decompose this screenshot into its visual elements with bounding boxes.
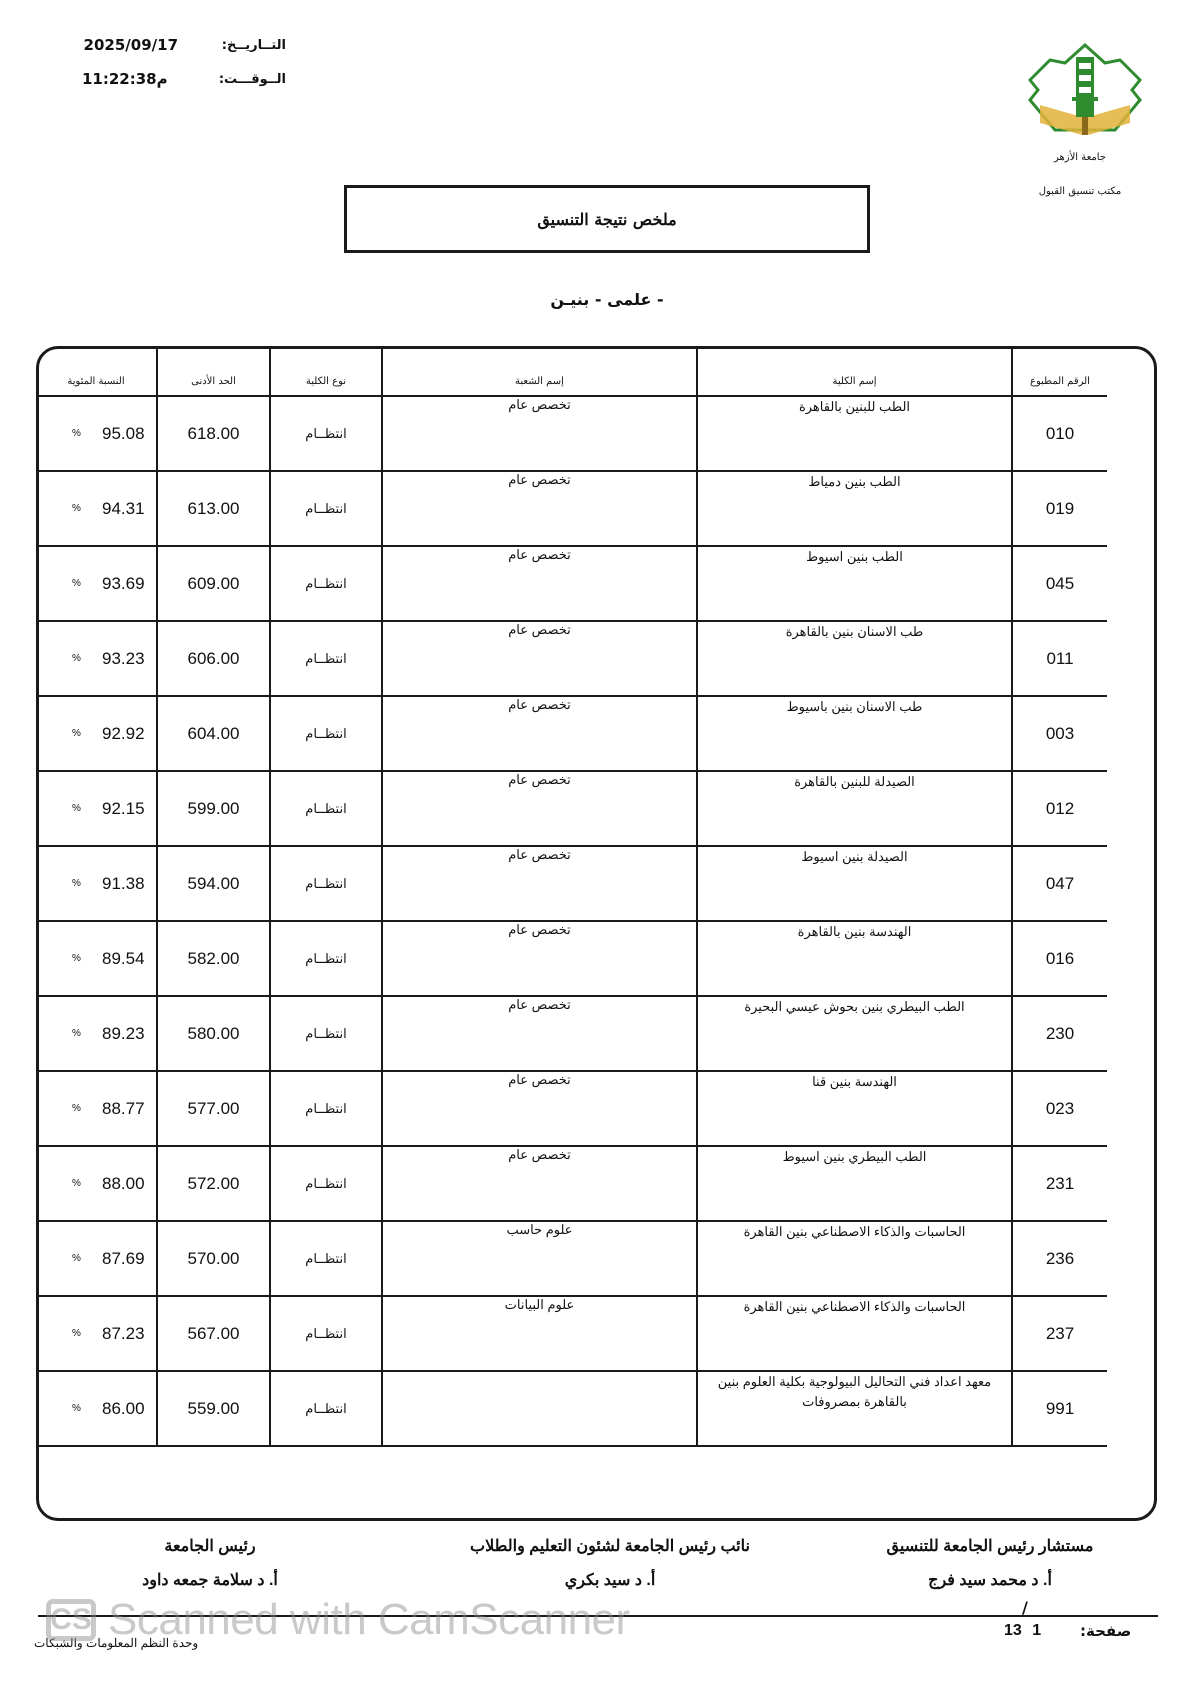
cell-branch: تخصص عام: [382, 846, 697, 921]
cell-type: انتظــام: [270, 1371, 382, 1446]
cell-min-score: 618.00: [157, 396, 270, 471]
percent-sign: %: [72, 953, 102, 964]
cell-branch: علوم حاسب: [382, 1221, 697, 1296]
time-value: م11:22:38: [68, 70, 178, 88]
cell-college: معهد اعداد فني التحاليل البيولوجية بكلية…: [697, 1371, 1012, 1446]
percent-value: 95.08: [102, 424, 145, 444]
cell-percent: %89.23: [36, 996, 157, 1071]
cell-type: انتظــام: [270, 696, 382, 771]
cell-branch: تخصص عام: [382, 546, 697, 621]
table-row: 011طب الاسنان بنين بالقاهرةتخصص عامانتظـ…: [36, 621, 1107, 696]
cell-type: انتظــام: [270, 1221, 382, 1296]
cell-min-score: 580.00: [157, 996, 270, 1071]
percent-sign: %: [72, 653, 102, 664]
cell-code: 003: [1012, 696, 1107, 771]
cell-percent: %87.69: [36, 1221, 157, 1296]
percent-value: 89.54: [102, 949, 145, 969]
cell-code: 231: [1012, 1146, 1107, 1221]
cell-code: 230: [1012, 996, 1107, 1071]
percent-sign: %: [72, 578, 102, 589]
cell-min-score: 609.00: [157, 546, 270, 621]
table-header-row: الرقم المطبوع إسم الكلية إسم الشعبة نوع …: [36, 346, 1107, 396]
cell-code: 012: [1012, 771, 1107, 846]
cell-college: الحاسبات والذكاء الاصطناعي بنين القاهرة: [697, 1296, 1012, 1371]
signature-president: رئيس الجامعة أ. د سلامة جمعه داود: [90, 1536, 330, 1590]
cell-type: انتظــام: [270, 1071, 382, 1146]
camscanner-watermark: CS Scanned with CamScanner: [46, 1595, 630, 1645]
percent-sign: %: [72, 1253, 102, 1264]
cell-percent: %89.54: [36, 921, 157, 996]
cell-percent: %87.23: [36, 1296, 157, 1371]
percent-value: 94.31: [102, 499, 145, 519]
cell-branch: تخصص عام: [382, 471, 697, 546]
cell-percent: %86.00: [36, 1371, 157, 1446]
col-header-branch: إسم الشعبة: [382, 346, 697, 396]
cell-percent: %88.00: [36, 1146, 157, 1221]
report-title: ملخص نتيجة التنسيق: [537, 210, 676, 229]
signature-title: رئيس الجامعة: [90, 1536, 330, 1556]
percent-sign: %: [72, 1178, 102, 1189]
cell-min-score: 604.00: [157, 696, 270, 771]
cell-branch: علوم البيانات: [382, 1296, 697, 1371]
cell-college: الصيدلة بنين اسيوط: [697, 846, 1012, 921]
table-row: 047الصيدلة بنين اسيوطتخصص عامانتظــام594…: [36, 846, 1107, 921]
percent-sign: %: [72, 503, 102, 514]
percent-sign: %: [72, 1028, 102, 1039]
time-label: الــوقـــت:: [206, 72, 286, 87]
cell-min-score: 570.00: [157, 1221, 270, 1296]
percent-sign: %: [72, 1403, 102, 1414]
cell-branch: تخصص عام: [382, 771, 697, 846]
cell-percent: %93.23: [36, 621, 157, 696]
cell-type: انتظــام: [270, 846, 382, 921]
date-value: 2025/09/17: [68, 36, 178, 54]
cell-type: انتظــام: [270, 996, 382, 1071]
cell-type: انتظــام: [270, 771, 382, 846]
cell-type: انتظــام: [270, 546, 382, 621]
percent-sign: %: [72, 728, 102, 739]
percent-sign: %: [72, 428, 102, 439]
table-row: 231الطب البيطري بنين اسيوطتخصص عامانتظــ…: [36, 1146, 1107, 1221]
col-header-college: إسم الكلية: [697, 346, 1012, 396]
cell-college: طب الاسنان بنين بالقاهرة: [697, 621, 1012, 696]
cell-type: انتظــام: [270, 396, 382, 471]
cell-type: انتظــام: [270, 1146, 382, 1221]
table-row: 010الطب للبنين بالقاهرةتخصص عامانتظــام6…: [36, 396, 1107, 471]
table-row: 230الطب البيطري بنين بحوش عيسي البحيرةتخ…: [36, 996, 1107, 1071]
col-header-type: نوع الكلية: [270, 346, 382, 396]
page-total: 13: [1004, 1622, 1022, 1639]
signature-name: أ. د سلامة جمعه داود: [90, 1570, 330, 1590]
percent-sign: %: [72, 1103, 102, 1114]
cell-branch: تخصص عام: [382, 996, 697, 1071]
cell-percent: %92.15: [36, 771, 157, 846]
date-label: التــاريــخ:: [206, 38, 286, 53]
cell-min-score: 567.00: [157, 1296, 270, 1371]
page-current: 1: [1032, 1622, 1041, 1639]
cell-min-score: 599.00: [157, 771, 270, 846]
percent-value: 88.77: [102, 1099, 145, 1119]
cell-percent: %93.69: [36, 546, 157, 621]
time-row: م11:22:38 الــوقـــت:: [68, 70, 286, 88]
percent-value: 89.23: [102, 1024, 145, 1044]
cell-code: 010: [1012, 396, 1107, 471]
cell-code: 047: [1012, 846, 1107, 921]
signature-name: أ. د محمد سيد فرج: [840, 1570, 1140, 1590]
percent-value: 88.00: [102, 1174, 145, 1194]
cell-code: 236: [1012, 1221, 1107, 1296]
cell-type: انتظــام: [270, 621, 382, 696]
cell-min-score: 559.00: [157, 1371, 270, 1446]
percent-value: 87.69: [102, 1249, 145, 1269]
cell-college: الحاسبات والذكاء الاصطناعي بنين القاهرة: [697, 1221, 1012, 1296]
cell-min-score: 613.00: [157, 471, 270, 546]
table-row: 019الطب بنين دمياطتخصص عامانتظــام613.00…: [36, 471, 1107, 546]
percent-value: 87.23: [102, 1324, 145, 1344]
signature-title: مستشار رئيس الجامعة للتنسيق: [840, 1536, 1140, 1556]
cell-college: الطب البيطري بنين بحوش عيسي البحيرة: [697, 996, 1012, 1071]
col-header-min-score: الحد الأدنى: [157, 346, 270, 396]
percent-value: 92.92: [102, 724, 145, 744]
cell-code: 019: [1012, 471, 1107, 546]
table-row: 003طب الاسنان بنين باسيوطتخصص عامانتظــا…: [36, 696, 1107, 771]
cell-type: انتظــام: [270, 921, 382, 996]
percent-value: 92.15: [102, 799, 145, 819]
percent-sign: %: [72, 803, 102, 814]
table-row: 023الهندسة بنين قناتخصص عامانتظــام577.0…: [36, 1071, 1107, 1146]
cell-type: انتظــام: [270, 1296, 382, 1371]
camscanner-logo-icon: CS: [46, 1599, 96, 1641]
signature-vice-president: نائب رئيس الجامعة لشئون التعليم والطلاب …: [440, 1536, 780, 1590]
cell-college: الصيدلة للبنين بالقاهرة: [697, 771, 1012, 846]
page-number: 13 1: [1004, 1622, 1041, 1640]
table-row: 045الطب بنين اسيوطتخصص عامانتظــام609.00…: [36, 546, 1107, 621]
cell-code: 011: [1012, 621, 1107, 696]
watermark-text: Scanned with CamScanner: [108, 1595, 630, 1645]
percent-value: 93.69: [102, 574, 145, 594]
cell-percent: %92.92: [36, 696, 157, 771]
office-name: مكتب تنسيق القبول: [1015, 186, 1145, 197]
cell-branch: تخصص عام: [382, 1146, 697, 1221]
cell-percent: %95.08: [36, 396, 157, 471]
signature-title: نائب رئيس الجامعة لشئون التعليم والطلاب: [440, 1536, 780, 1556]
cell-min-score: 572.00: [157, 1146, 270, 1221]
results-table: الرقم المطبوع إسم الكلية إسم الشعبة نوع …: [36, 346, 1107, 1506]
cell-type: انتظــام: [270, 471, 382, 546]
cell-code: 237: [1012, 1296, 1107, 1371]
table-row: 016الهندسة بنين بالقاهرةتخصص عامانتظــام…: [36, 921, 1107, 996]
cell-code: 023: [1012, 1071, 1107, 1146]
cell-percent: %94.31: [36, 471, 157, 546]
cell-branch: تخصص عام: [382, 1071, 697, 1146]
cell-percent: %91.38: [36, 846, 157, 921]
al-azhar-logo-icon: [1020, 35, 1150, 140]
cell-college: الهندسة بنين قنا: [697, 1071, 1012, 1146]
percent-sign: %: [72, 878, 102, 889]
cell-code: 045: [1012, 546, 1107, 621]
percent-value: 86.00: [102, 1399, 145, 1419]
table-row: 012الصيدلة للبنين بالقاهرةتخصص عامانتظــ…: [36, 771, 1107, 846]
cell-min-score: 606.00: [157, 621, 270, 696]
cell-percent: %88.77: [36, 1071, 157, 1146]
cell-college: الطب البيطري بنين اسيوط: [697, 1146, 1012, 1221]
cell-branch: [382, 1371, 697, 1446]
cell-college: طب الاسنان بنين باسيوط: [697, 696, 1012, 771]
report-title-box: ملخص نتيجة التنسيق: [344, 185, 870, 253]
date-row: 2025/09/17 التــاريــخ:: [68, 36, 286, 54]
col-header-percent: النسبة المئوية: [36, 346, 157, 396]
cell-branch: تخصص عام: [382, 621, 697, 696]
cell-code: 991: [1012, 1371, 1107, 1446]
cell-branch: تخصص عام: [382, 696, 697, 771]
percent-sign: %: [72, 1328, 102, 1339]
cell-branch: تخصص عام: [382, 921, 697, 996]
cell-college: الطب بنين اسيوط: [697, 546, 1012, 621]
col-header-code: الرقم المطبوع: [1012, 346, 1107, 396]
table-spacer-row: [36, 1446, 1107, 1506]
cell-branch: تخصص عام: [382, 396, 697, 471]
signature-coordination-advisor: مستشار رئيس الجامعة للتنسيق أ. د محمد سي…: [840, 1536, 1140, 1590]
university-name: جامعة الأزهر: [1015, 152, 1145, 163]
cell-min-score: 582.00: [157, 921, 270, 996]
cell-college: الطب بنين دمياط: [697, 471, 1012, 546]
percent-value: 93.23: [102, 649, 145, 669]
report-subtitle: - علمى - بنيـن: [344, 290, 870, 309]
table-row: 236الحاسبات والذكاء الاصطناعي بنين القاه…: [36, 1221, 1107, 1296]
cell-college: الهندسة بنين بالقاهرة: [697, 921, 1012, 996]
signature-name: أ. د سيد بكري: [440, 1570, 780, 1590]
page-label: صفحة:: [1080, 1622, 1131, 1640]
table-row: 237الحاسبات والذكاء الاصطناعي بنين القاه…: [36, 1296, 1107, 1371]
cell-college: الطب للبنين بالقاهرة: [697, 396, 1012, 471]
percent-value: 91.38: [102, 874, 145, 894]
cell-code: 016: [1012, 921, 1107, 996]
table-row: 991معهد اعداد فني التحاليل البيولوجية بك…: [36, 1371, 1107, 1446]
cell-min-score: 577.00: [157, 1071, 270, 1146]
cell-min-score: 594.00: [157, 846, 270, 921]
